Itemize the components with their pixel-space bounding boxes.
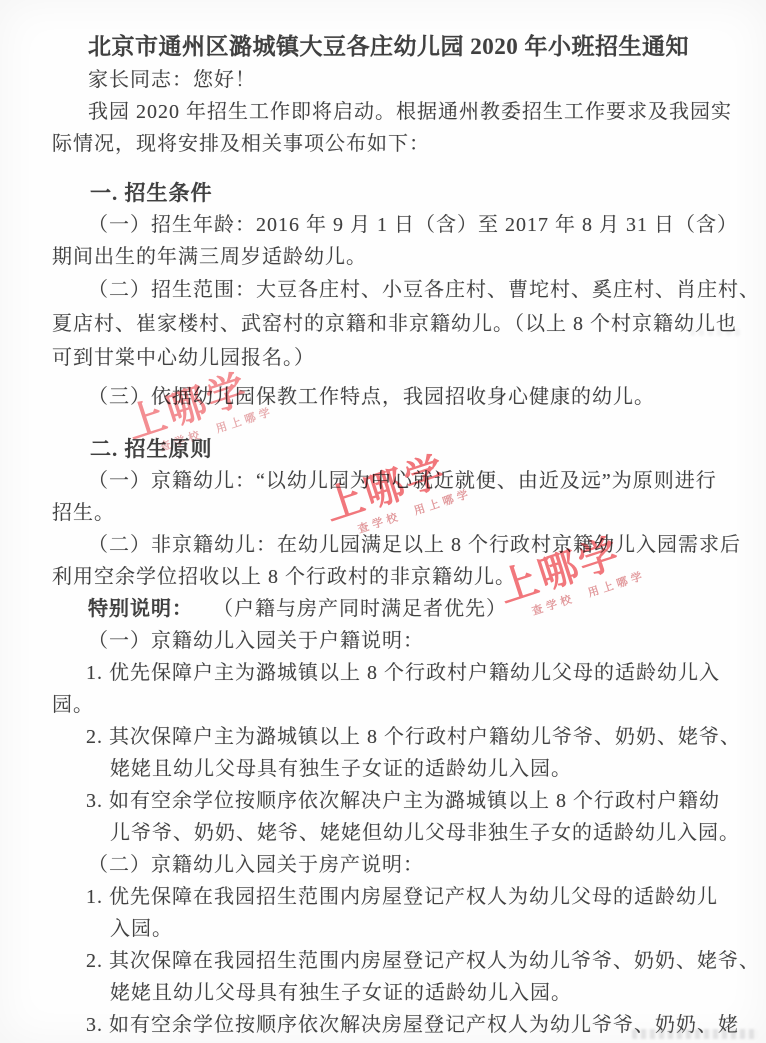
section1-item2-line3: 可到甘棠中心幼儿园报名。） — [0, 341, 766, 375]
hukou-item2-line1: 2. 其次保障户主为潞城镇以上 8 个行政村户籍幼儿爷爷、奶奶、姥爷、 — [0, 721, 766, 753]
fangchan-item1-line1: 1. 优先保障在我园招生范围内房屋登记产权人为幼儿父母的适龄幼儿 — [0, 881, 766, 913]
fangchan-item1-line2: 入园。 — [0, 913, 766, 945]
hukou-heading: （一）京籍幼儿入园关于户籍说明： — [0, 625, 766, 657]
hukou-item3-line1: 3. 如有空余学位按顺序依次解决户主为潞城镇以上 8 个行政村户籍幼 — [0, 785, 766, 817]
page-title: 北京市通州区潞城镇大豆各庄幼儿园 2020 年小班招生通知 — [0, 0, 766, 64]
section2-item2-line1: （二）非京籍幼儿：在幼儿园满足以上 8 个行政村京籍幼儿入园需求后 — [0, 529, 766, 561]
fangchan-heading: （二）京籍幼儿入园关于房产说明： — [0, 849, 766, 881]
scan-artifact-right — [690, 329, 740, 336]
hukou-item1-line2: 园。 — [0, 689, 766, 721]
section1-item3: （三）依据幼儿园保教工作特点，我园招收身心健康的幼儿。 — [0, 381, 766, 413]
intro-line-1: 我园 2020 年招生工作即将启动。根据通州教委招生工作要求及我园实 — [0, 96, 766, 128]
special-note-text: （户籍与房产同时满足者优先） — [213, 598, 507, 620]
section1-item1-line2: 期间出生的年满三周岁适龄幼儿。 — [0, 241, 766, 273]
hukou-item2-line2: 姥姥且幼儿父母具有独生子女证的适龄幼儿入园。 — [0, 753, 766, 785]
section2-item2-line2: 利用空余学位招收以上 8 个行政村的非京籍幼儿。 — [0, 561, 766, 593]
special-note-line: 特别说明： （户籍与房产同时满足者优先） — [0, 593, 766, 625]
section2-item1-line1: （一）京籍幼儿：“以幼儿园为中心就近就便、由近及远”为原则进行 — [0, 465, 766, 497]
hukou-item1-line1: 1. 优先保障户主为潞城镇以上 8 个行政村户籍幼儿父母的适龄幼儿入 — [0, 657, 766, 689]
section1-item1-line1: （一）招生年龄：2016 年 9 月 1 日（含）至 2017 年 8 月 31… — [0, 209, 766, 241]
scanned-notice-page: 北京市通州区潞城镇大豆各庄幼儿园 2020 年小班招生通知 家长同志：您好！ 我… — [0, 0, 766, 1043]
section1-item2-line2: 夏店村、崔家楼村、武窑村的京籍和非京籍幼儿。（以上 8 个村京籍幼儿也 — [0, 307, 766, 341]
hukou-item3-line2: 儿爷爷、奶奶、姥爷、姥姥但幼儿父母非独生子女的适龄幼儿入园。 — [0, 817, 766, 849]
section1-item2-line1: （二）招生范围：大豆各庄村、小豆各庄村、曹坨村、奚庄村、肖庄村、 — [0, 273, 766, 307]
scan-artifact-bottom — [632, 1029, 758, 1039]
intro-line-2: 际情况，现将安排及相关事项公布如下： — [0, 128, 766, 160]
fangchan-item2-line1: 2. 其次保障在我园招生范围内房屋登记产权人为幼儿爷爷、奶奶、姥爷、 — [0, 945, 766, 977]
greeting-line: 家长同志：您好！ — [0, 64, 766, 96]
section1-heading: 一. 招生条件 — [0, 177, 766, 209]
fangchan-item2-line2: 姥姥且幼儿父母具有独生子女证的适龄幼儿入园。 — [0, 977, 766, 1009]
section2-item1-line2: 招生。 — [0, 497, 766, 529]
section2-heading: 二. 招生原则 — [0, 433, 766, 465]
special-note-label: 特别说明： — [88, 598, 193, 620]
